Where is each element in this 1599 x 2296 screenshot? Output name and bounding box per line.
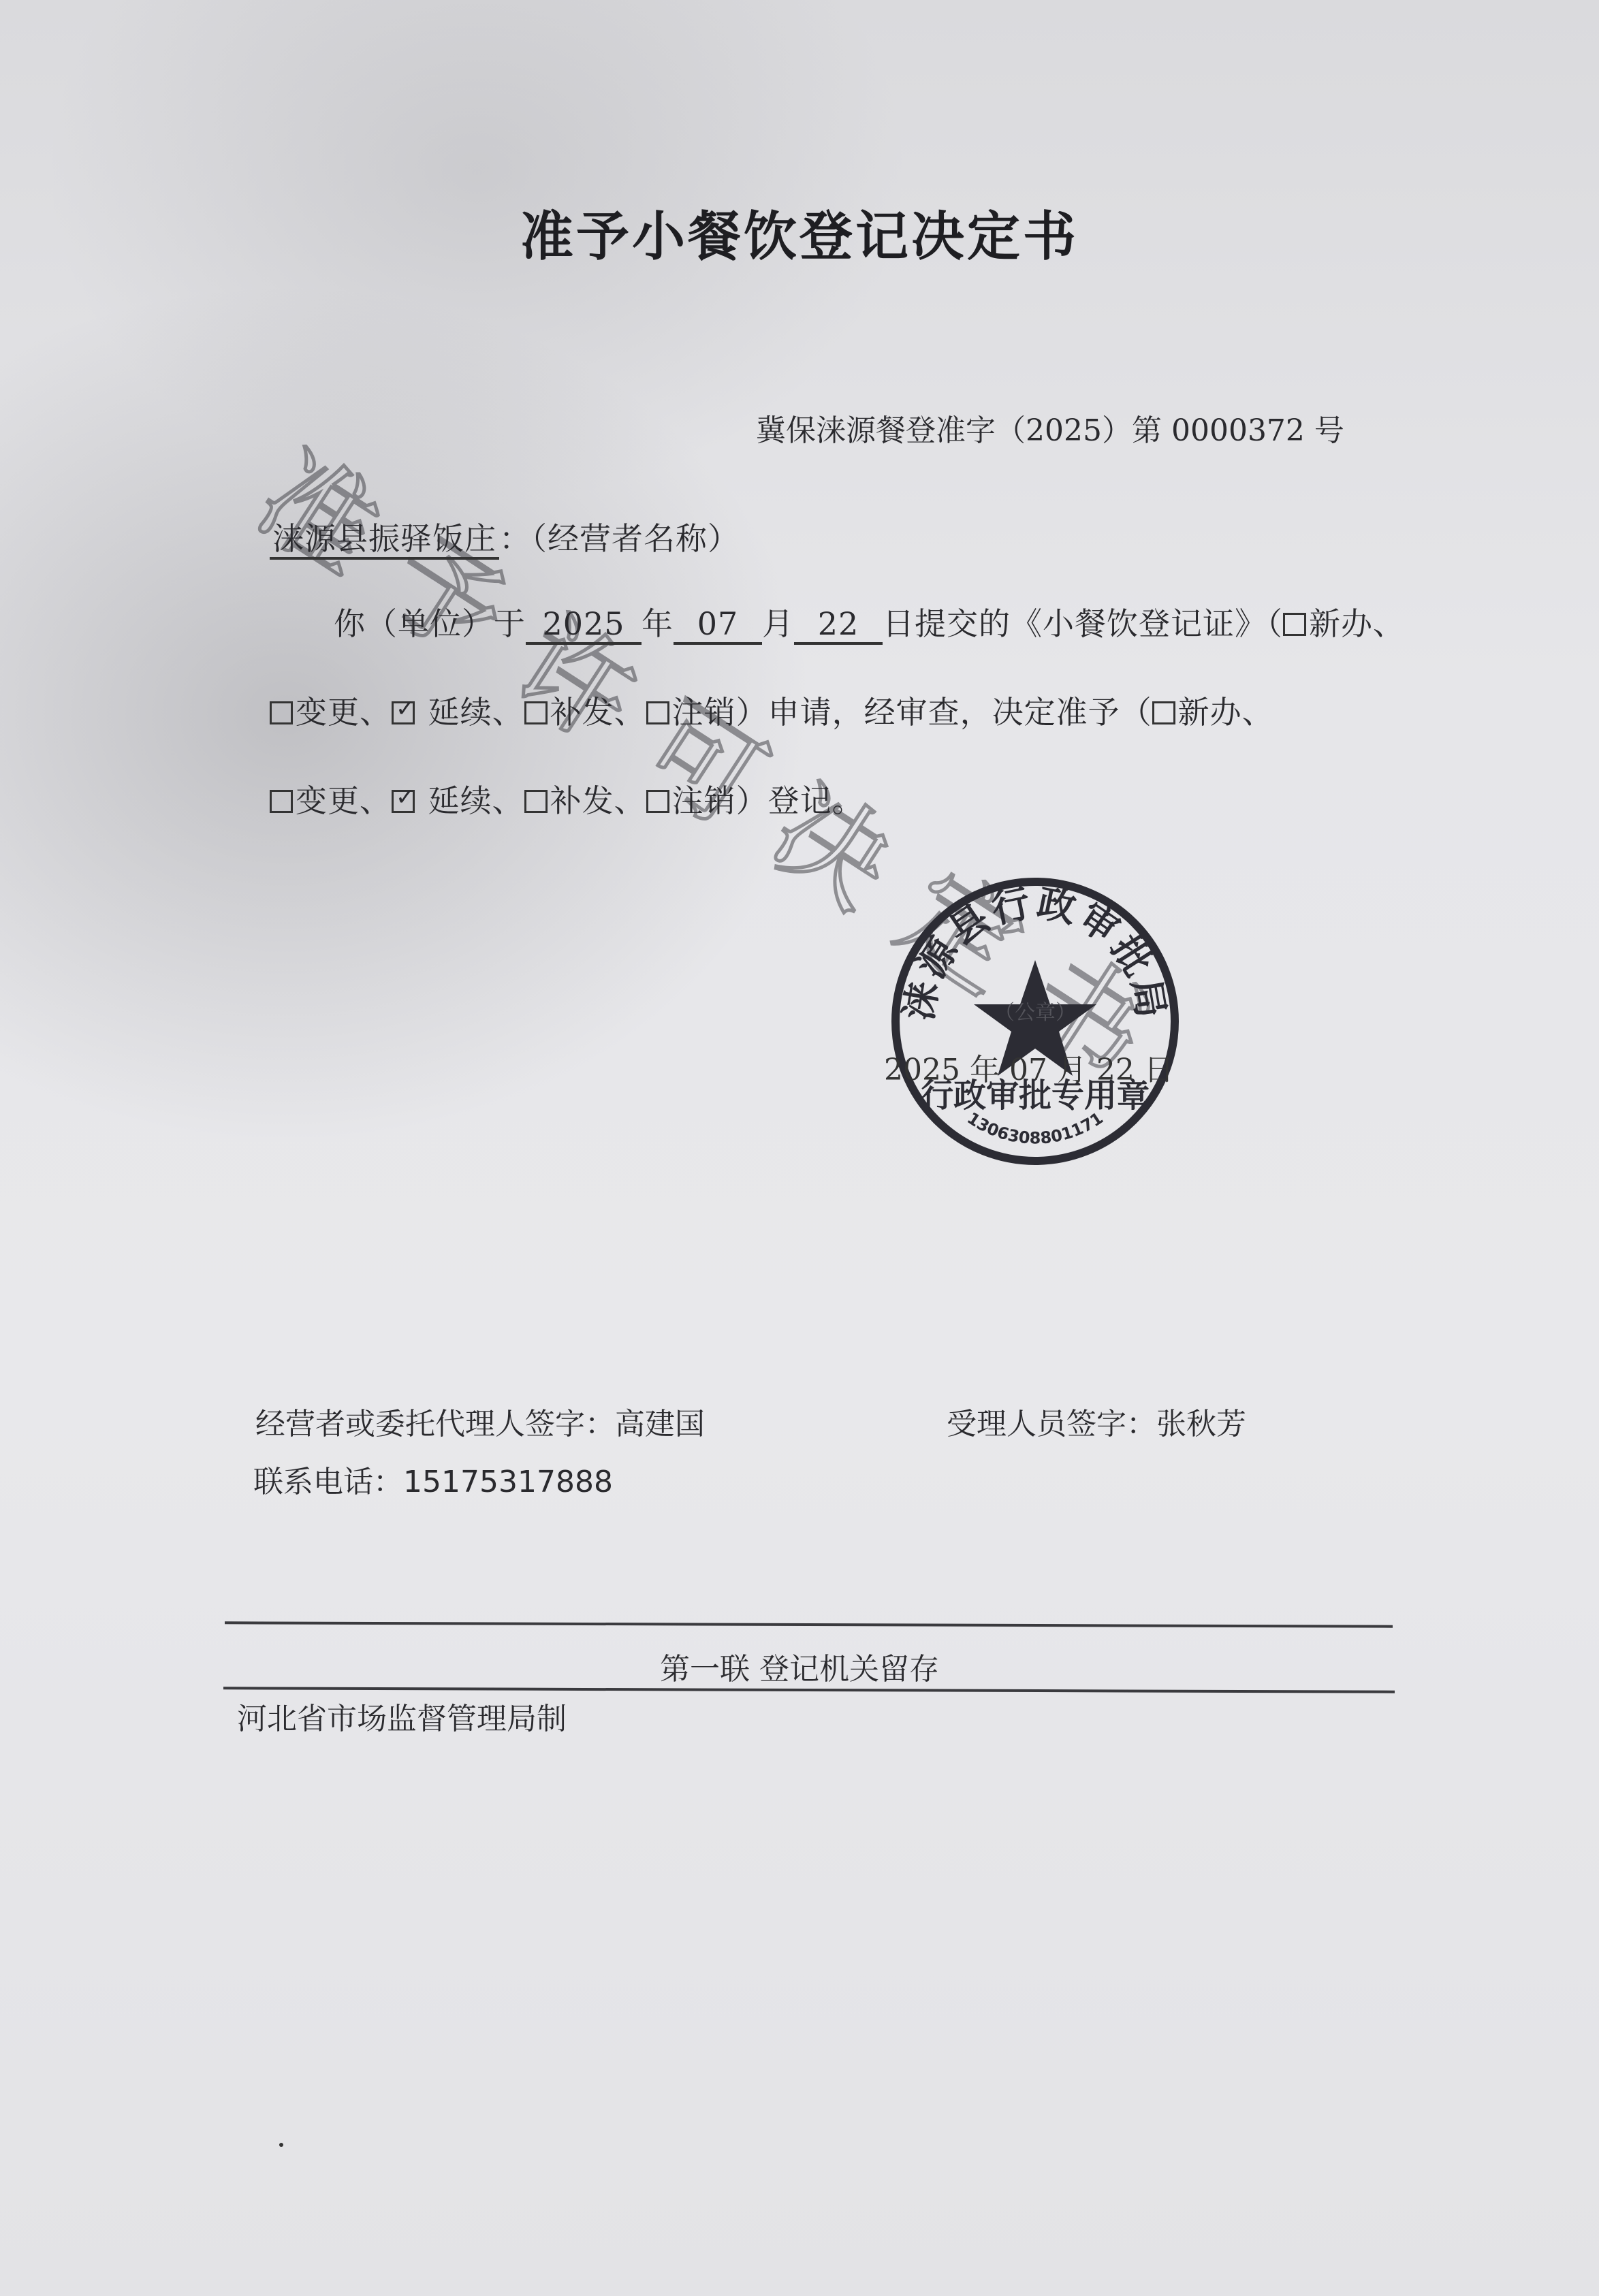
contact-phone: 联系电话：15175317888	[253, 1457, 613, 1501]
seal-date: 2025 年 07 月 22 日	[884, 1045, 1174, 1089]
application-type-option-label: 补发、	[550, 694, 646, 731]
unchecked-box-icon	[524, 790, 548, 813]
application-type-option-1: 变更、	[270, 694, 392, 731]
decision-type-option-label: 新办、	[1178, 694, 1274, 731]
decision-type-option-1: 变更、	[270, 782, 392, 819]
document-title: 准予小餐饮登记决定书	[0, 194, 1599, 270]
unchecked-box-icon	[1283, 613, 1306, 636]
year-unit: 年	[642, 605, 674, 642]
receiver-signature-value: 张秋芳	[1156, 1407, 1246, 1441]
paragraph-prefix: 你（单位）于	[334, 605, 526, 642]
application-type-option-label: 变更、	[296, 694, 392, 731]
operator-label: ：（经营者名称）	[499, 520, 740, 557]
paragraph-line-2: 变更、 延续、补发、注销）申请，经审查，决定准予（新办、	[270, 688, 1274, 733]
submit-month: 07	[674, 605, 762, 645]
paragraph-line-1: 你（单位）于2025年07月22日提交的《小餐饮登记证》（新办、	[334, 599, 1405, 645]
checked-box-icon	[392, 790, 415, 813]
application-type-option-4: 注销	[646, 694, 736, 731]
decision-type-option-label: 延续、	[417, 782, 524, 819]
decision-type-option-3: 补发、	[524, 782, 646, 819]
application-type-option-label: 延续、	[417, 694, 524, 731]
operator-line: 涞源县振驿饭庄：（经营者名称）	[270, 514, 740, 559]
copy-note: 第一联 登记机关留存	[0, 1644, 1599, 1688]
unchecked-box-icon	[1152, 701, 1175, 724]
decision-type-option-label: 变更、	[296, 782, 392, 819]
decision-type-option-label: 注销	[672, 782, 736, 819]
phone-label: 联系电话：	[253, 1465, 403, 1499]
application-type-option-3: 补发、	[524, 694, 646, 731]
application-type-option-label: 新办、	[1309, 605, 1405, 642]
application-type-option-2: 延续、	[392, 694, 524, 731]
paper-background	[0, 0, 1599, 2296]
application-type-option-0: 新办、	[1283, 605, 1405, 642]
operator-signature-label: 经营者或委托代理人签字：	[255, 1407, 615, 1441]
decision-type-option-0: 新办、	[1152, 694, 1274, 731]
month-unit: 月	[762, 605, 794, 642]
decision-type-option-2: 延续、	[392, 782, 524, 819]
paragraph-middle: ）申请，经审查，决定准予（	[736, 694, 1152, 731]
unchecked-box-icon	[270, 701, 293, 724]
document-number: 冀保涞源餐登准字（2025）第 0000372 号	[756, 406, 1344, 449]
operator-signature-value: 高建国	[615, 1407, 705, 1441]
receiver-signature-label: 受理人员签字：	[947, 1407, 1156, 1441]
paragraph-line-3: 变更、 延续、补发、注销）登记。	[270, 776, 864, 821]
operator-signature: 经营者或委托代理人签字：高建国	[255, 1399, 705, 1443]
unchecked-box-icon	[646, 701, 669, 724]
svg-text:（公章）: （公章）	[994, 1001, 1076, 1025]
decision-type-option-label: 补发、	[550, 782, 646, 819]
day-unit: 日提交的《小餐饮登记证》（	[883, 605, 1283, 642]
unchecked-box-icon	[646, 790, 669, 813]
speck	[279, 2143, 283, 2147]
unchecked-box-icon	[524, 701, 548, 724]
application-type-option-label: 注销	[672, 694, 736, 731]
phone-value: 15175317888	[403, 1465, 613, 1499]
decision-type-option-4: 注销	[646, 782, 736, 819]
receiver-signature: 受理人员签字：张秋芳	[947, 1399, 1246, 1443]
paragraph-suffix: ）登记。	[736, 782, 864, 819]
operator-name: 涞源县振驿饭庄	[270, 520, 499, 560]
unchecked-box-icon	[270, 790, 293, 813]
issuer-note: 河北省市场监督管理局制	[237, 1694, 567, 1738]
official-seal: 涞源县行政审批局 （公章） 行政审批专用章 1306308801171	[889, 875, 1182, 1168]
submit-year: 2025	[526, 605, 642, 645]
checked-box-icon	[392, 701, 415, 724]
submit-day: 22	[794, 605, 883, 645]
